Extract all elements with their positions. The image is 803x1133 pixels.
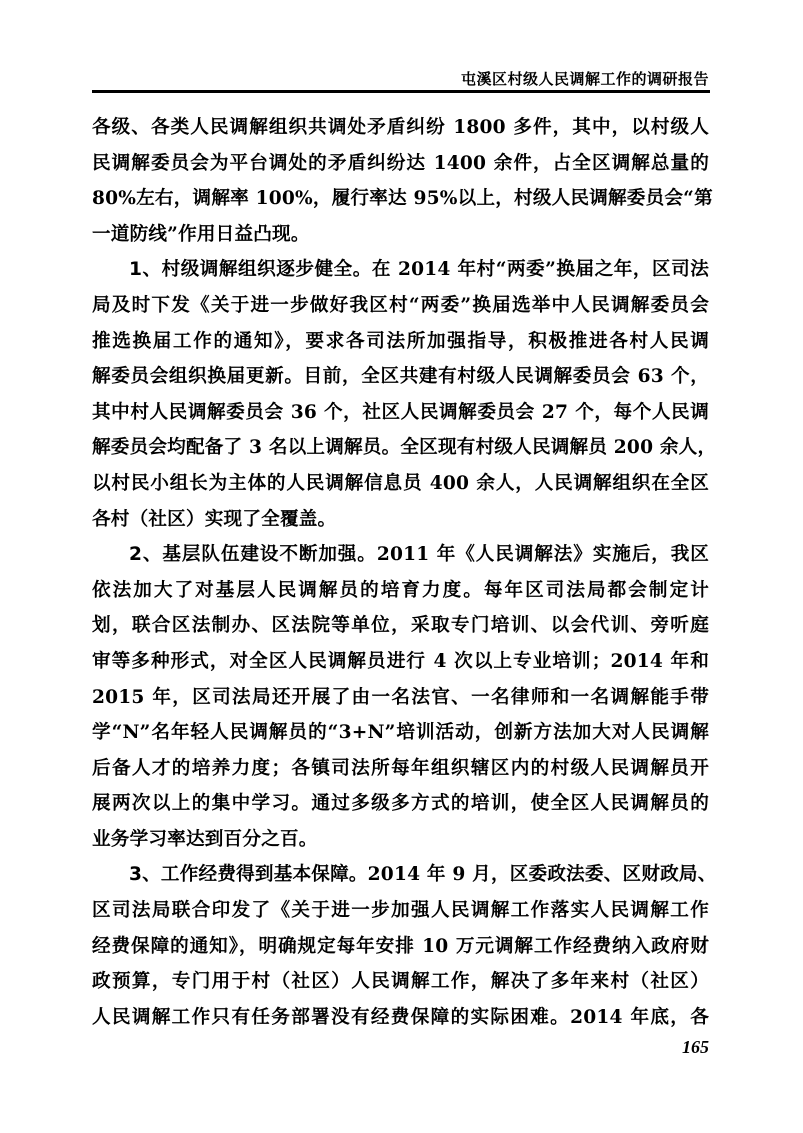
text-span: 在 2014 年村“两委”换届之年，区司法 bbox=[372, 259, 709, 280]
text-line: 局及时下发《关于进一步做好我区村“两委”换届选举中人民调解委员会 bbox=[92, 291, 709, 327]
section-first-line: 3、工作经费得到基本保障。2014 年 9 月，区委政法委、区财政局、 bbox=[92, 860, 709, 896]
text-line: 划，联合区法制办、区法院等单位，采取专门培训、以会代训、旁听庭 bbox=[92, 611, 709, 647]
section-first-line: 2、基层队伍建设不断加强。2011 年《人民调解法》实施后，我区 bbox=[92, 540, 709, 576]
text-line: 解委员会组织换届更新。目前，全区共建有村级人民调解委员会 63 个， bbox=[92, 362, 709, 398]
header-rule bbox=[92, 90, 710, 93]
text-line: 学“N”名年轻人民调解员的“3+N”培训活动，创新方法加大对人民调解 bbox=[92, 718, 709, 754]
text-line: 审等多种形式，对全区人民调解员进行 4 次以上专业培训；2014 年和 bbox=[92, 647, 709, 683]
text-line: 解委员会均配备了 3 名以上调解员。全区现有村级人民调解员 200 余人， bbox=[92, 433, 709, 469]
text-line: 各级、各类人民调解组织共调处矛盾纠纷 1800 多件，其中，以村级人 bbox=[92, 113, 709, 149]
section-heading-2: 2、基层队伍建设不断加强。 bbox=[129, 544, 377, 565]
text-line: 各村（社区）实现了全覆盖。 bbox=[92, 505, 709, 541]
text-span: 2011 年《人民调解法》实施后，我区 bbox=[377, 544, 709, 565]
section-first-line: 1、村级调解组织逐步健全。在 2014 年村“两委”换届之年，区司法 bbox=[92, 255, 709, 291]
section-heading-3: 3、工作经费得到基本保障。 bbox=[129, 864, 368, 885]
text-line: 2015 年，区司法局还开展了由一名法官、一名律师和一名调解能手带 bbox=[92, 683, 709, 719]
running-header-title: 屯溪区村级人民调解工作的调研报告 bbox=[92, 68, 709, 89]
text-line: 展两次以上的集中学习。通过多级多方式的培训，使全区人民调解员的 bbox=[92, 789, 709, 825]
body-text: 各级、各类人民调解组织共调处矛盾纠纷 1800 多件，其中，以村级人 民调解委员… bbox=[92, 113, 709, 1038]
text-line: 经费保障的通知》，明确规定每年安排 10 万元调解工作经费纳入政府财 bbox=[92, 932, 709, 968]
text-line: 民调解委员会为平台调处的矛盾纠纷达 1400 余件，占全区调解总量的 bbox=[92, 149, 709, 185]
text-line: 政预算，专门用于村（社区）人民调解工作，解决了多年来村（社区） bbox=[92, 967, 709, 1003]
text-line: 推选换届工作的通知》，要求各司法所加强指导，积极推进各村人民调 bbox=[92, 327, 709, 363]
text-span: 2014 年 9 月，区委政法委、区财政局、 bbox=[368, 864, 717, 885]
text-line: 一道防线”作用日益凸现。 bbox=[92, 220, 709, 256]
text-line: 依法加大了对基层人民调解员的培育力度。每年区司法局都会制定计 bbox=[92, 576, 709, 612]
text-line: 80%左右，调解率 100%，履行率达 95%以上，村级人民调解委员会“第 bbox=[92, 184, 709, 220]
section-heading-1: 1、村级调解组织逐步健全。 bbox=[129, 259, 372, 280]
text-line: 以村民小组长为主体的人民调解信息员 400 余人，人民调解组织在全区 bbox=[92, 469, 709, 505]
text-line: 其中村人民调解委员会 36 个，社区人民调解委员会 27 个，每个人民调 bbox=[92, 398, 709, 434]
text-line: 人民调解工作只有任务部署没有经费保障的实际困难。2014 年底，各 bbox=[92, 1003, 709, 1039]
text-line: 后备人才的培养力度；各镇司法所每年组织辖区内的村级人民调解员开 bbox=[92, 754, 709, 790]
text-line: 业务学习率达到百分之百。 bbox=[92, 825, 709, 861]
page-number: 165 bbox=[600, 1037, 709, 1058]
text-line: 区司法局联合印发了《关于进一步加强人民调解工作落实人民调解工作 bbox=[92, 896, 709, 932]
